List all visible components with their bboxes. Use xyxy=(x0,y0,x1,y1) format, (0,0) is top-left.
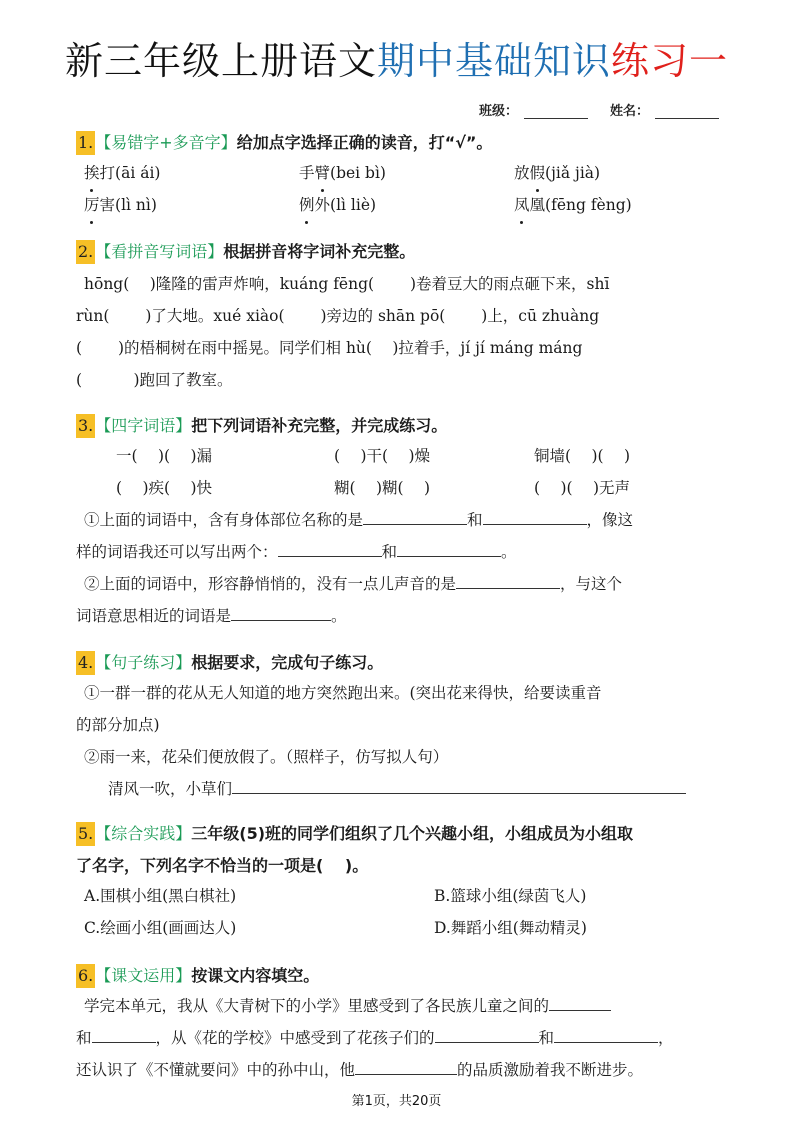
q5-option-c[interactable]: C.绘画小组(画画达人) xyxy=(84,912,434,944)
title-red: 练习一 xyxy=(611,39,728,83)
q2-instruction: 根据拼音将字词补充完整。 xyxy=(223,242,415,261)
q6-line-3: 还认识了《不懂就要问》中的孙中山，他的品质激励着我不断进步。 xyxy=(76,1054,720,1086)
q2-tag: 【看拼音写词语】 xyxy=(95,242,223,261)
q2-line[interactable]: ( )跑回了教室。 xyxy=(76,364,720,396)
q6-blank[interactable] xyxy=(435,1024,539,1043)
question-2: 2.【看拼音写词语】根据拼音将字词补充完整。 hōng( )隆隆的雷声炸响，ku… xyxy=(76,240,720,396)
q2-line[interactable]: hōng( )隆隆的雷声炸响，kuáng fēng( )卷着豆大的雨点砸下来，s… xyxy=(76,268,720,300)
name-label: 姓名： xyxy=(610,100,649,119)
q4-heading: 4.【句子练习】根据要求，完成句子练习。 xyxy=(76,651,720,675)
q1-item[interactable]: 例外(lì liè) xyxy=(299,189,514,221)
q1-item[interactable]: 厉害(lì nì) xyxy=(84,189,299,221)
q5-number-badge: 5. xyxy=(76,822,95,846)
q4-answer-line: 清风一吹，小草们 xyxy=(76,773,720,805)
q1-tag: 【易错字+多音字】 xyxy=(95,133,236,152)
name-bar: 班级： 姓名： xyxy=(479,100,719,119)
q5-options: A.围棋小组(黑白棋社) B.篮球小组(绿茵飞人) C.绘画小组(画画达人) D… xyxy=(76,880,720,944)
name-field[interactable]: 姓名： xyxy=(610,100,719,119)
q4-number-badge: 4. xyxy=(76,651,95,675)
q4-instruction: 根据要求，完成句子练习。 xyxy=(191,653,383,672)
q3-word[interactable]: ( )疾( )快 xyxy=(116,472,334,504)
q5-option-a[interactable]: A.围棋小组(黑白棋社) xyxy=(84,880,434,912)
q2-line[interactable]: rùn( )了大地。xué xiào( )旁边的 shān pō( )上，cū … xyxy=(76,300,720,332)
q3-blank[interactable] xyxy=(397,538,501,557)
q3-sub2: ②上面的词语中，形容静悄悄的，没有一点儿声音的是，与这个 xyxy=(76,568,720,600)
q6-instruction: 按课文内容填空。 xyxy=(191,966,319,985)
q6-blank[interactable] xyxy=(549,992,611,1011)
q6-blank[interactable] xyxy=(355,1056,457,1075)
page-title: 新三年级上册语文期中基础知识练习一 xyxy=(0,38,793,84)
q1-item[interactable]: 挨打(āi ái) xyxy=(84,157,299,189)
q3-blank[interactable] xyxy=(231,602,331,621)
q5-option-d[interactable]: D.舞蹈小组(舞动精灵) xyxy=(434,912,734,944)
q4-sub1: ①一群一群的花从无人知道的地方突然跑出来。(突出花来得快，给要读重音 xyxy=(76,677,720,709)
q5-tag: 【综合实践】 xyxy=(95,824,191,843)
q1-item[interactable]: 手臂(bei bì) xyxy=(299,157,514,189)
q1-instruction: 给加点字选择正确的读音，打“√”。 xyxy=(237,133,493,152)
q4-sub1-cont: 的部分加点) xyxy=(76,709,720,741)
q1-item[interactable]: 放假(jiǎ jià) xyxy=(514,157,728,189)
q5-option-b[interactable]: B.篮球小组(绿茵飞人) xyxy=(434,880,734,912)
question-6: 6.【课文运用】按课文内容填空。 学完本单元，我从《大青树下的小学》里感受到了各… xyxy=(76,964,720,1086)
question-4: 4.【句子练习】根据要求，完成句子练习。 ①一群一群的花从无人知道的地方突然跑出… xyxy=(76,651,720,805)
question-1: 1.【易错字+多音字】给加点字选择正确的读音，打“√”。 挨打(āi ái) 手… xyxy=(76,131,720,221)
q3-blank[interactable] xyxy=(456,570,560,589)
q6-heading: 6.【课文运用】按课文内容填空。 xyxy=(76,964,720,988)
q6-line-2: 和，从《花的学校》中感受到了花孩子们的和， xyxy=(76,1022,720,1054)
page-footer: 第1页，共20页 xyxy=(0,1090,793,1109)
q1-item[interactable]: 凤凰(fēng fèng) xyxy=(514,189,728,221)
q3-sub2-cont: 词语意思相近的词语是。 xyxy=(76,600,720,632)
q3-word[interactable]: 一( )( )漏 xyxy=(116,440,334,472)
q4-tag: 【句子练习】 xyxy=(95,653,191,672)
q3-blank[interactable] xyxy=(363,506,467,525)
question-3: 3.【四字词语】把下列词语补充完整，并完成练习。 一( )( )漏 ( )干( … xyxy=(76,414,720,632)
q3-blank[interactable] xyxy=(483,506,587,525)
class-label: 班级： xyxy=(479,100,518,119)
q5-instruction: 三年级(5)班的同学们组织了几个兴趣小组，小组成员为小组取 xyxy=(191,824,633,843)
q2-line[interactable]: ( )的梧桐树在雨中摇晃。同学们相 hù( )拉着手，jí jí máng má… xyxy=(76,332,720,364)
name-blank[interactable] xyxy=(655,104,719,119)
q2-number-badge: 2. xyxy=(76,240,95,264)
class-field[interactable]: 班级： xyxy=(479,100,588,119)
q6-line-1: 学完本单元，我从《大青树下的小学》里感受到了各民族儿童之间的 xyxy=(76,990,720,1022)
q3-heading: 3.【四字词语】把下列词语补充完整，并完成练习。 xyxy=(76,414,720,438)
q3-word[interactable]: 糊( )糊( ) xyxy=(334,472,534,504)
q5-instruction-cont: 了名字，下列名字不恰当的一项是( )。 xyxy=(76,854,720,878)
q5-heading: 5.【综合实践】三年级(5)班的同学们组织了几个兴趣小组，小组成员为小组取 xyxy=(76,822,720,846)
q4-sub2: ②雨一来，花朵们便放假了。（照样子，仿写拟人句） xyxy=(76,741,720,773)
q3-word[interactable]: ( )干( )燥 xyxy=(334,440,534,472)
q3-sub1-cont: 样的词语我还可以写出两个：和。 xyxy=(76,536,720,568)
q1-number-badge: 1. xyxy=(76,131,95,155)
title-blue: 期中基础知识 xyxy=(377,39,611,83)
q6-blank[interactable] xyxy=(92,1024,156,1043)
q3-words: 一( )( )漏 ( )干( )燥 铜墙( )( ) ( )疾( )快 糊( )… xyxy=(76,440,720,504)
q1-heading: 1.【易错字+多音字】给加点字选择正确的读音，打“√”。 xyxy=(76,131,720,155)
q3-number-badge: 3. xyxy=(76,414,95,438)
q1-items: 挨打(āi ái) 手臂(bei bì) 放假(jiǎ jià) 厉害(lì n… xyxy=(76,157,720,221)
q3-blank[interactable] xyxy=(278,538,382,557)
q3-word[interactable]: ( )( )无声 xyxy=(534,472,734,504)
q6-blank[interactable] xyxy=(554,1024,658,1043)
class-blank[interactable] xyxy=(524,104,588,119)
q3-tag: 【四字词语】 xyxy=(95,416,191,435)
q3-sub1: ①上面的词语中，含有身体部位名称的是和，像这 xyxy=(76,504,720,536)
q3-word[interactable]: 铜墙( )( ) xyxy=(534,440,734,472)
q2-heading: 2.【看拼音写词语】根据拼音将字词补充完整。 xyxy=(76,240,720,264)
q3-instruction: 把下列词语补充完整，并完成练习。 xyxy=(191,416,447,435)
q6-number-badge: 6. xyxy=(76,964,95,988)
question-5: 5.【综合实践】三年级(5)班的同学们组织了几个兴趣小组，小组成员为小组取 了名… xyxy=(76,822,720,944)
q6-tag: 【课文运用】 xyxy=(95,966,191,985)
title-black: 新三年级上册语文 xyxy=(65,39,377,83)
q4-blank[interactable] xyxy=(232,775,686,794)
